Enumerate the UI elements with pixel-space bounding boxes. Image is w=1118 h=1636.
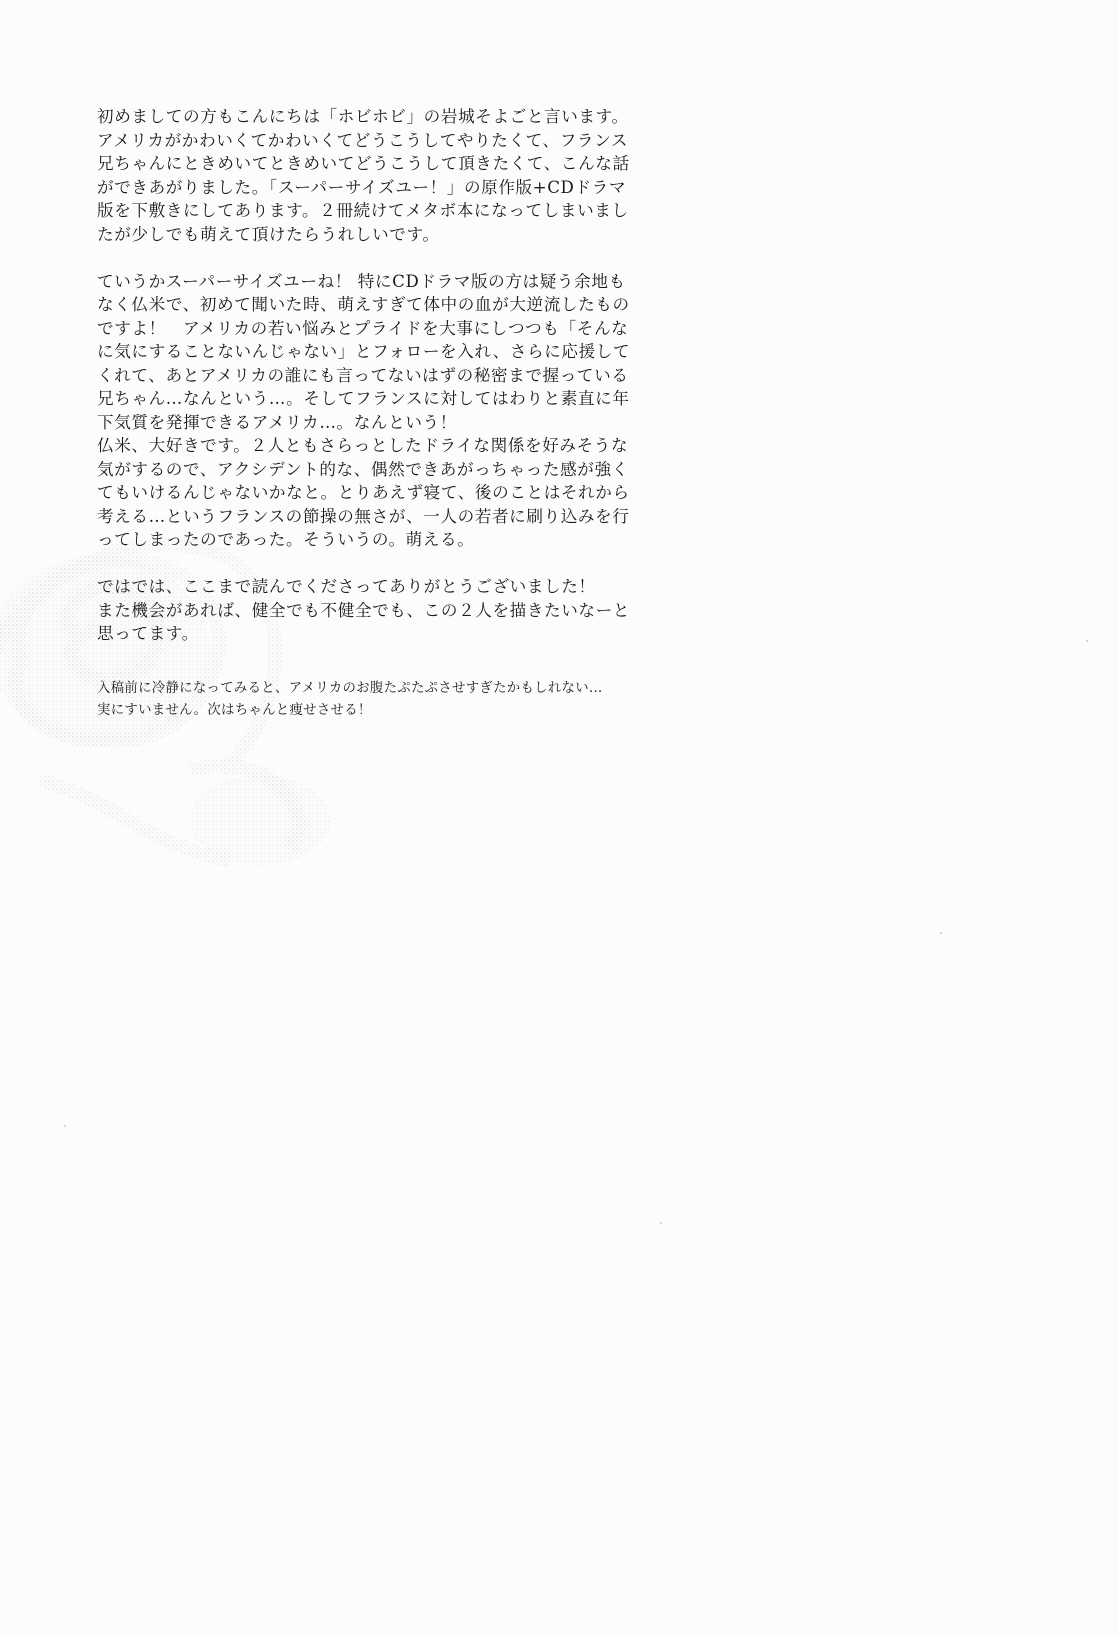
scan-speck	[940, 932, 942, 934]
text-line: 下気質を発揮できるアメリカ…。なんという！	[97, 411, 577, 435]
text-line: ができあがりました。「スーパーサイズユー！」の原作版+CDドラマ	[97, 176, 577, 200]
text-line: また機会があれば、健全でも不健全でも、この２人を描きたいなーと	[97, 599, 577, 623]
text-line: ですよ！ アメリカの若い悩みとプライドを大事にしつつも「そんな	[97, 317, 577, 341]
text-line: 実にすいません。次はちゃんと痩せさせる！	[97, 700, 603, 722]
text-line: 版を下敷きにしてあります。２冊続けてメタボ本になってしまいまし	[97, 199, 577, 223]
text-line: なく仏米で、初めて聞いた時、萌えすぎて体中の血が大逆流したもの	[97, 293, 577, 317]
afterword-text: 初めましての方もこんにちは「ホビホビ」の岩城そよごと言います。 アメリカがかわい…	[97, 105, 577, 646]
text-line: 考える…というフランスの節操の無さが、一人の若者に刷り込みを行	[97, 505, 577, 529]
text-line: ではでは、ここまで読んでくださってありがとうございました！	[97, 575, 577, 599]
note-paragraph: 入稿前に冷静になってみると、アメリカのお腹たぷたぷさせすぎたかもしれない… 実に…	[97, 678, 603, 722]
postscript-note: 入稿前に冷静になってみると、アメリカのお腹たぷたぷさせすぎたかもしれない… 実に…	[97, 678, 603, 722]
text-line: たが少しでも萌えて頂けたらうれしいです。	[97, 223, 577, 247]
text-line: 仏米、大好きです。２人ともさらっとしたドライな関係を好みそうな	[97, 434, 577, 458]
text-line: 初めましての方もこんにちは「ホビホビ」の岩城そよごと言います。	[97, 105, 577, 129]
text-line: 兄ちゃん…なんという…。そしてフランスに対してはわりと素直に年	[97, 387, 577, 411]
text-line: 思ってます。	[97, 622, 577, 646]
text-line: 入稿前に冷静になってみると、アメリカのお腹たぷたぷさせすぎたかもしれない…	[97, 678, 603, 700]
text-line: ってしまったのであった。そういうの。萌える。	[97, 528, 577, 552]
paragraph-spacer	[97, 246, 577, 270]
scan-speck	[1086, 640, 1088, 642]
paragraph-intro: 初めましての方もこんにちは「ホビホビ」の岩城そよごと言います。 アメリカがかわい…	[97, 105, 577, 246]
scan-speck	[660, 1222, 662, 1224]
text-line: 気がするので、アクシデント的な、偶然できあがっちゃった感が強く	[97, 458, 577, 482]
text-line: ていうかスーパーサイズユーね！ 特にCDドラマ版の方は疑う余地も	[97, 270, 577, 294]
paragraph-closing: ではでは、ここまで読んでくださってありがとうございました！ また機会があれば、健…	[97, 575, 577, 646]
text-line: アメリカがかわいくてかわいくてどうこうしてやりたくて、フランス	[97, 129, 577, 153]
text-line: 兄ちゃんにときめいてときめいてどうこうして頂きたくて、こんな話	[97, 152, 577, 176]
paragraph-body: ていうかスーパーサイズユーね！ 特にCDドラマ版の方は疑う余地も なく仏米で、初…	[97, 270, 577, 552]
text-line: に気にすることないんじゃない」とフォローを入れ、さらに応援して	[97, 340, 577, 364]
text-line: くれて、あとアメリカの誰にも言ってないはずの秘密まで握っている	[97, 364, 577, 388]
paragraph-spacer	[97, 552, 577, 576]
scan-speck	[64, 1125, 66, 1127]
text-line: てもいけるんじゃないかなと。とりあえず寝て、後のことはそれから	[97, 481, 577, 505]
